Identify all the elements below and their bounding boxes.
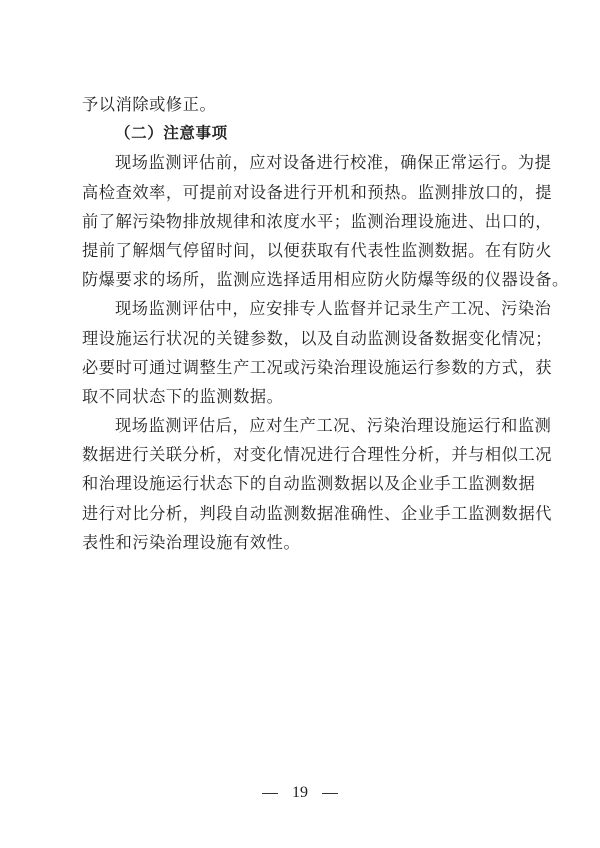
paragraph-line: 高检查效率，可提前对设备进行开机和预热。监测排放口的，提 — [82, 178, 522, 207]
paragraph-line: 现场监测评估后，应对生产工况、污染治理设施运行和监测 — [82, 411, 522, 440]
dash-right — [322, 793, 338, 794]
paragraph-line: 数据进行关联分析，对变化情况进行合理性分析，并与相似工况 — [82, 440, 522, 469]
paragraph-line: 进行对比分析，判段自动监测数据准确性、企业手工监测数据代 — [82, 499, 522, 528]
dash-left — [262, 793, 278, 794]
paragraph-line: 现场监测评估中，应安排专人监督并记录生产工况、污染治 — [82, 294, 522, 323]
paragraph-line: 和治理设施运行状态下的自动监测数据以及企业手工监测数据 — [82, 469, 522, 498]
paragraph-line: 表性和污染治理设施有效性。 — [82, 528, 522, 557]
paragraph-line: 取不同状态下的监测数据。 — [82, 382, 522, 411]
paragraph-line: 防爆要求的场所，监测应选择适用相应防火防爆等级的仪器设备。 — [82, 265, 522, 294]
text-line: 予以消除或修正。 — [82, 90, 522, 119]
page-number: 19 — [292, 784, 308, 801]
page-footer: 19 — [0, 784, 600, 802]
paragraph-line: 提前了解烟气停留时间，以便获取有代表性监测数据。在有防火 — [82, 236, 522, 265]
paragraph-line: 必要时可通过调整生产工况或污染治理设施运行参数的方式，获 — [82, 353, 522, 382]
paragraph-line: 前了解污染物排放规律和浓度水平；监测治理设施进、出口的， — [82, 207, 522, 236]
paragraph-line: 理设施运行状况的关键参数，以及自动监测设备数据变化情况； — [82, 324, 522, 353]
paragraph-line: 现场监测评估前，应对设备进行校准，确保正常运行。为提 — [82, 148, 522, 177]
document-body: 予以消除或修正。 （二）注意事项 现场监测评估前，应对设备进行校准，确保正常运行… — [82, 90, 522, 557]
section-heading: （二）注意事项 — [82, 119, 522, 148]
